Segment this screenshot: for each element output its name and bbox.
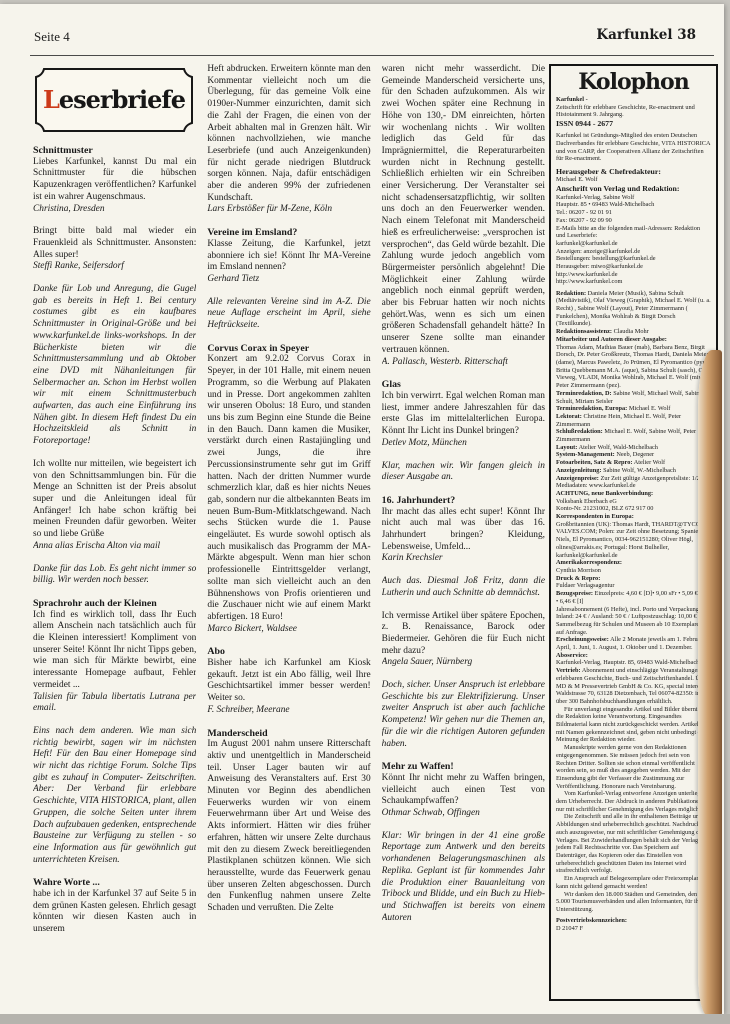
kolophon-entry-label: Terminredaktion, Europa: [556, 405, 627, 412]
letter-heading: Abo [207, 646, 370, 658]
kolophon-entry-label: Redaktionsassistenz: [556, 328, 612, 335]
kolophon-box: Kolophon Karfunkel -Zeitschrift für erle… [549, 64, 718, 1001]
kolophon-entry-label: Postvertriebskennzeichen: [556, 917, 627, 924]
letter-signature-or-reply: Karin Krechsler [382, 553, 545, 565]
kolophon-entry-label: ACHTUNG, neue Bankverbindung: [556, 490, 653, 497]
kolophon-entry: ISSN 0944 - 2677 [556, 119, 711, 129]
kolophon-entry-label: Bezugspreise: [556, 590, 593, 597]
kolophon-entry: System-Management: Neeb, Degener [556, 451, 711, 459]
kolophon-title: Kolophon [556, 69, 711, 95]
kolophon-entry-label: Karfunkel - [556, 96, 588, 103]
leserbriefe-plaque: Leserbriefe [33, 66, 195, 134]
letter-signature-or-reply: F. Schreiber, Meerane [207, 705, 370, 717]
letter-heading: Glas [382, 379, 545, 391]
kolophon-entry: Anzeigenpreise: Zur Zeit gültige Anzeige… [556, 475, 711, 490]
letter-heading: Schnittmuster [33, 145, 196, 157]
letter-paragraph: Bringt bitte bald mal wieder ein Frauenk… [33, 226, 196, 261]
page-number-label: Seite 4 [34, 29, 70, 45]
letter-signature-or-reply: A. Pallasch, Westerb. Ritterschaft [382, 357, 545, 369]
letter-signature-or-reply: Klar: Wir bringen in der 41 eine große R… [382, 831, 545, 925]
letter-heading: 16. Jahrhundert? [382, 495, 545, 507]
kolophon-entry-label: Anschrift von Verlag und Redaktion: [556, 184, 679, 193]
letter-paragraph: habe ich in der Karfunkel 37 auf Seite 5… [33, 889, 196, 936]
kolophon-entry: Für unverlangt eingesandte Artikel und B… [556, 706, 711, 745]
kolophon-entry: Redaktion: Daniela Meier (Musik), Sabina… [556, 290, 711, 329]
kolophon-entry: Postvertriebskennzeichen:D 21047 F [556, 917, 711, 932]
kolophon-entry-label: Druck & Repro: [556, 575, 600, 582]
kolophon-entry: Karfunkel ist Gründungs-Mitglied des ers… [556, 132, 711, 163]
kolophon-entry: Aboservice:Karfunkel-Verlag, Hauptstr. 8… [556, 652, 711, 667]
column-2: Heft abdrucken. Erweitern könnte man den… [207, 64, 370, 1017]
kolophon-entry-label: Amerikakorrespondenz: [556, 559, 622, 566]
kolophon-entry: Anschrift von Verlag und Redaktion:Karfu… [556, 184, 711, 286]
letter-signature-or-reply: Talisien für Tabula libertatis Lutrana p… [33, 692, 196, 715]
page-curl-edge [698, 350, 722, 1016]
kolophon-entry: Vom Karfunkel-Verlag entworfene Anzeigen… [556, 790, 711, 813]
leserbriefe-initial: L [43, 94, 59, 106]
letter-paragraph: Ihr macht das alles echt super! Könnt Ih… [382, 507, 545, 554]
kolophon-entry: Redaktionsassistenz: Claudia Mohr [556, 328, 711, 336]
kolophon-entry-label: Layout: [556, 444, 577, 451]
letter-signature-or-reply: Eins nach dem anderen. Wie man sich rich… [33, 726, 196, 866]
header-rule [30, 55, 714, 56]
kolophon-entry-label: ISSN 0944 - 2677 [556, 119, 613, 128]
kolophon-entry: Layout: Atelier Wolf, Wald-Michelbach [556, 444, 711, 452]
column-1: Leserbriefe SchnittmusterLiebes Karfunke… [33, 64, 196, 1017]
kolophon-entry-label: System-Management: [556, 451, 615, 458]
letter-heading: Mehr zu Waffen! [382, 761, 545, 773]
letter-paragraph: Klasse Zeitung, die Karfunkel, jetzt abo… [207, 239, 370, 274]
kolophon-entry: Fotoarbeiten, Satz & Repro: Atelier Wolf [556, 459, 711, 467]
letter-heading: Corvus Corax in Speyer [207, 343, 370, 355]
leserbriefe-title: Leserbriefe [33, 66, 195, 134]
kolophon-entry-label: Fotoarbeiten, Satz & Repro: [556, 459, 632, 466]
letter-signature-or-reply: Gerhard Tietz [207, 274, 370, 286]
letter-paragraph: Ich wollte nur mitteilen, wie begeistert… [33, 459, 196, 541]
kolophon-entry-label: Aboservice: [556, 652, 588, 659]
letter-paragraph: Könnt Ihr nicht mehr zu Waffen bringen, … [382, 773, 545, 808]
scanned-magazine-page: { "header": { "page_label": "Seite 4", "… [0, 0, 730, 1024]
kolophon-entry-label: Mitarbeiter und Autoren dieser Ausgabe: [556, 336, 667, 343]
kolophon-entry-label: Terminredaktion, D: [556, 390, 612, 397]
letter-signature-or-reply: Steffi Ranke, Seifersdorf [33, 261, 196, 273]
kolophon-entry: Korrespondenten in Europa:Großbritannien… [556, 513, 711, 559]
letter-signature-or-reply: Klar, machen wir. Wir fangen gleich in d… [382, 461, 545, 484]
letter-heading: Wahre Worte ... [33, 877, 196, 889]
kolophon-entry: Mitarbeiter und Autoren dieser Ausgabe:T… [556, 336, 711, 390]
letter-signature-or-reply: Doch, sicher. Unser Anspruch ist erlebba… [382, 680, 545, 750]
kolophon-entry: Amerikakorrespondenz:Cynthia Morrison [556, 559, 711, 574]
letter-signature-or-reply: Alle relevanten Vereine sind im A-Z. Die… [207, 297, 370, 332]
letter-paragraph: Im August 2001 nahm unsere Ritterschaft … [207, 739, 370, 915]
kolophon-entry: Druck & Repro:Fuldaer Verlagsagentur [556, 575, 711, 590]
kolophon-entry-label: Anzeigenleitung: [556, 467, 601, 474]
leserbriefe-rest: eserbriefe [59, 94, 185, 106]
letter-signature-or-reply: Danke für Lob und Anregung, die Gugel ga… [33, 284, 196, 448]
letter-signature-or-reply: Angela Sauer, Nürnberg [382, 657, 545, 669]
letter-signature-or-reply: Auch das. Diesmal Joß Fritz, dann die Lu… [382, 576, 545, 599]
letter-heading: Vereine im Emsland? [207, 227, 370, 239]
kolophon-entry: Herausgeber & Chefredakteur:Michael E. W… [556, 167, 711, 184]
letter-signature-or-reply: Christina, Dresden [33, 204, 196, 216]
kolophon-entry: Manuskripte werden gerne von den Redakti… [556, 744, 711, 790]
letter-paragraph: Bisher habe ich Karfunkel am Kiosk gekau… [207, 658, 370, 705]
kolophon-entry-label: Schlußredaktion: [556, 428, 603, 435]
kolophon-entry: Lektorat: Christine Hein, Michael E. Wol… [556, 413, 711, 428]
letter-heading: Sprachrohr auch der Kleinen [33, 598, 196, 610]
letter-paragraph: Ich find es wirklich toll, dass Ihr Euch… [33, 610, 196, 692]
kolophon-entry-label: Lektorat: [556, 413, 582, 420]
kolophon-entry-label: Korrespondenten in Europa: [556, 513, 634, 520]
kolophon-entry: Anzeigenleitung: Sabine Wolf, W.-Michelb… [556, 467, 711, 475]
magazine-issue-label: Karfunkel 38 [596, 27, 696, 43]
letter-signature-or-reply: Lars Erbstößer für M-Zene, Köln [207, 204, 370, 216]
letter-paragraph: waren nicht mehr wasserdicht. Die Gemein… [382, 64, 545, 357]
kolophon-entry: Bezugspreise: Einzelpreis: 4,60 € [D]• 9… [556, 590, 711, 636]
kolophon-entry: Die Zeitschrift und alle in ihr enthalte… [556, 813, 711, 875]
letter-paragraph: Ich bin verwirrt. Egal welchen Roman man… [382, 391, 545, 438]
letter-signature-or-reply: Marco Bickert, Waldsee [207, 624, 370, 636]
letter-signature-or-reply: Anna alias Erischa Alton via mail [33, 541, 196, 553]
kolophon-entry-label: Herausgeber & Chefredakteur: [556, 167, 661, 176]
letter-paragraph: Ich vermisse Artikel über spätere Epoche… [382, 611, 545, 658]
kolophon-entry: Terminredaktion, Europa: Michael E. Wolf [556, 405, 711, 413]
scan-bottom-shadow [0, 1014, 730, 1024]
kolophon-entry: Ein Anspruch auf Belegexemplare oder Fre… [556, 875, 711, 890]
letters-columns: Leserbriefe SchnittmusterLiebes Karfunke… [33, 64, 545, 1017]
kolophon-entry: Terminredaktion, D: Sabine Wolf, Michael… [556, 390, 711, 405]
kolophon-entry: Schlußredaktion: Michael E. Wolf, Sabine… [556, 428, 711, 443]
kolophon-entry: Erscheinungsweise: Alle 2 Monate jeweils… [556, 636, 711, 651]
kolophon-entry-label: Redaktion: [556, 290, 586, 297]
magazine-page: Seite 4 Karfunkel 38 Leserbriefe Schnitt… [0, 4, 724, 1014]
letter-paragraph: Heft abdrucken. Erweitern könnte man den… [207, 64, 370, 204]
kolophon-entry-label: Vertrieb: [556, 667, 581, 674]
letter-heading: Manderscheid [207, 728, 370, 740]
letter-paragraph: Konzert am 9.2.02 Corvus Corax in Speyer… [207, 354, 370, 623]
kolophon-entry: Karfunkel -Zeitschrift für erlebbare Ges… [556, 96, 711, 119]
kolophon-entry: Vertrieb: Abonnement und einschlägige Ve… [556, 667, 711, 706]
kolophon-entry: Wir danken den 18.000 Städten und Gemein… [556, 891, 711, 914]
kolophon-entry: ACHTUNG, neue Bankverbindung:Volksbank E… [556, 490, 711, 513]
letter-paragraph: Liebes Karfunkel, kannst Du mal ein Schn… [33, 157, 196, 204]
kolophon-entry-label: Erscheinungsweise: [556, 636, 609, 643]
column-3: waren nicht mehr wasserdicht. Die Gemein… [382, 64, 545, 1017]
kolophon-entry-label: Anzeigenpreise: [556, 475, 599, 482]
letter-signature-or-reply: Danke für das Lob. Es geht nicht immer s… [33, 564, 196, 587]
letter-signature-or-reply: Detlev Motz, München [382, 438, 545, 450]
letter-signature-or-reply: Othmar Schwab, Offingen [382, 808, 545, 820]
